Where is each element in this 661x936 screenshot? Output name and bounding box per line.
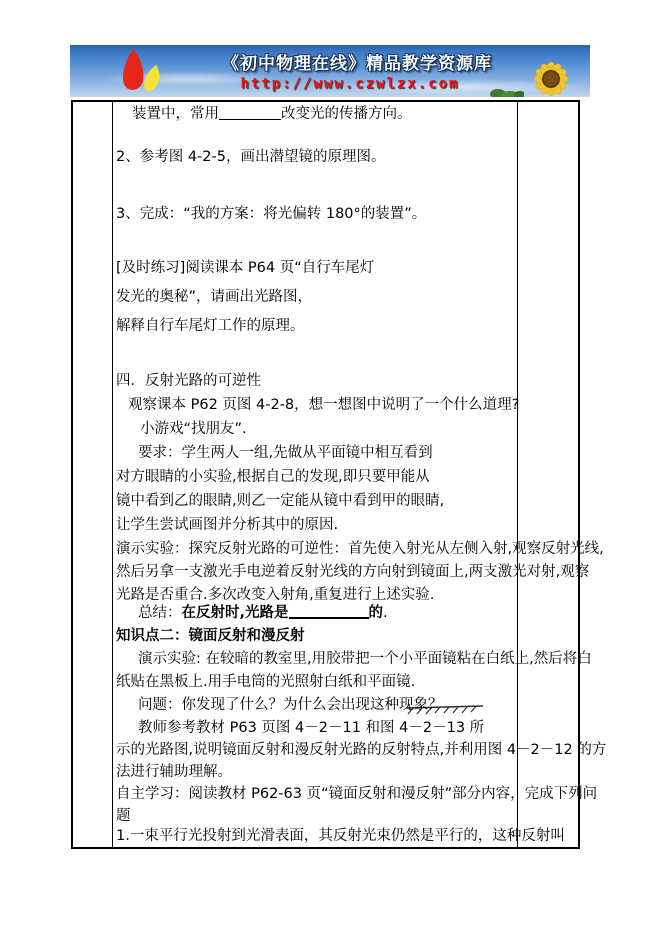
sunflower-icon bbox=[520, 59, 582, 97]
site-title: 《初中物理在线》精品教学资源库 bbox=[70, 49, 590, 74]
worksheet-table bbox=[71, 100, 580, 849]
foliage-icon bbox=[490, 85, 524, 97]
site-banner: 《初中物理在线》精品教学资源库 http://www.czwlzx.com bbox=[70, 45, 590, 97]
table-column-divider bbox=[517, 102, 518, 847]
table-column-divider bbox=[112, 102, 113, 847]
worksheet-page: 《初中物理在线》精品教学资源库 http://www.czwlzx.com bbox=[0, 0, 661, 936]
mirror-hatch-icon bbox=[404, 703, 486, 718]
